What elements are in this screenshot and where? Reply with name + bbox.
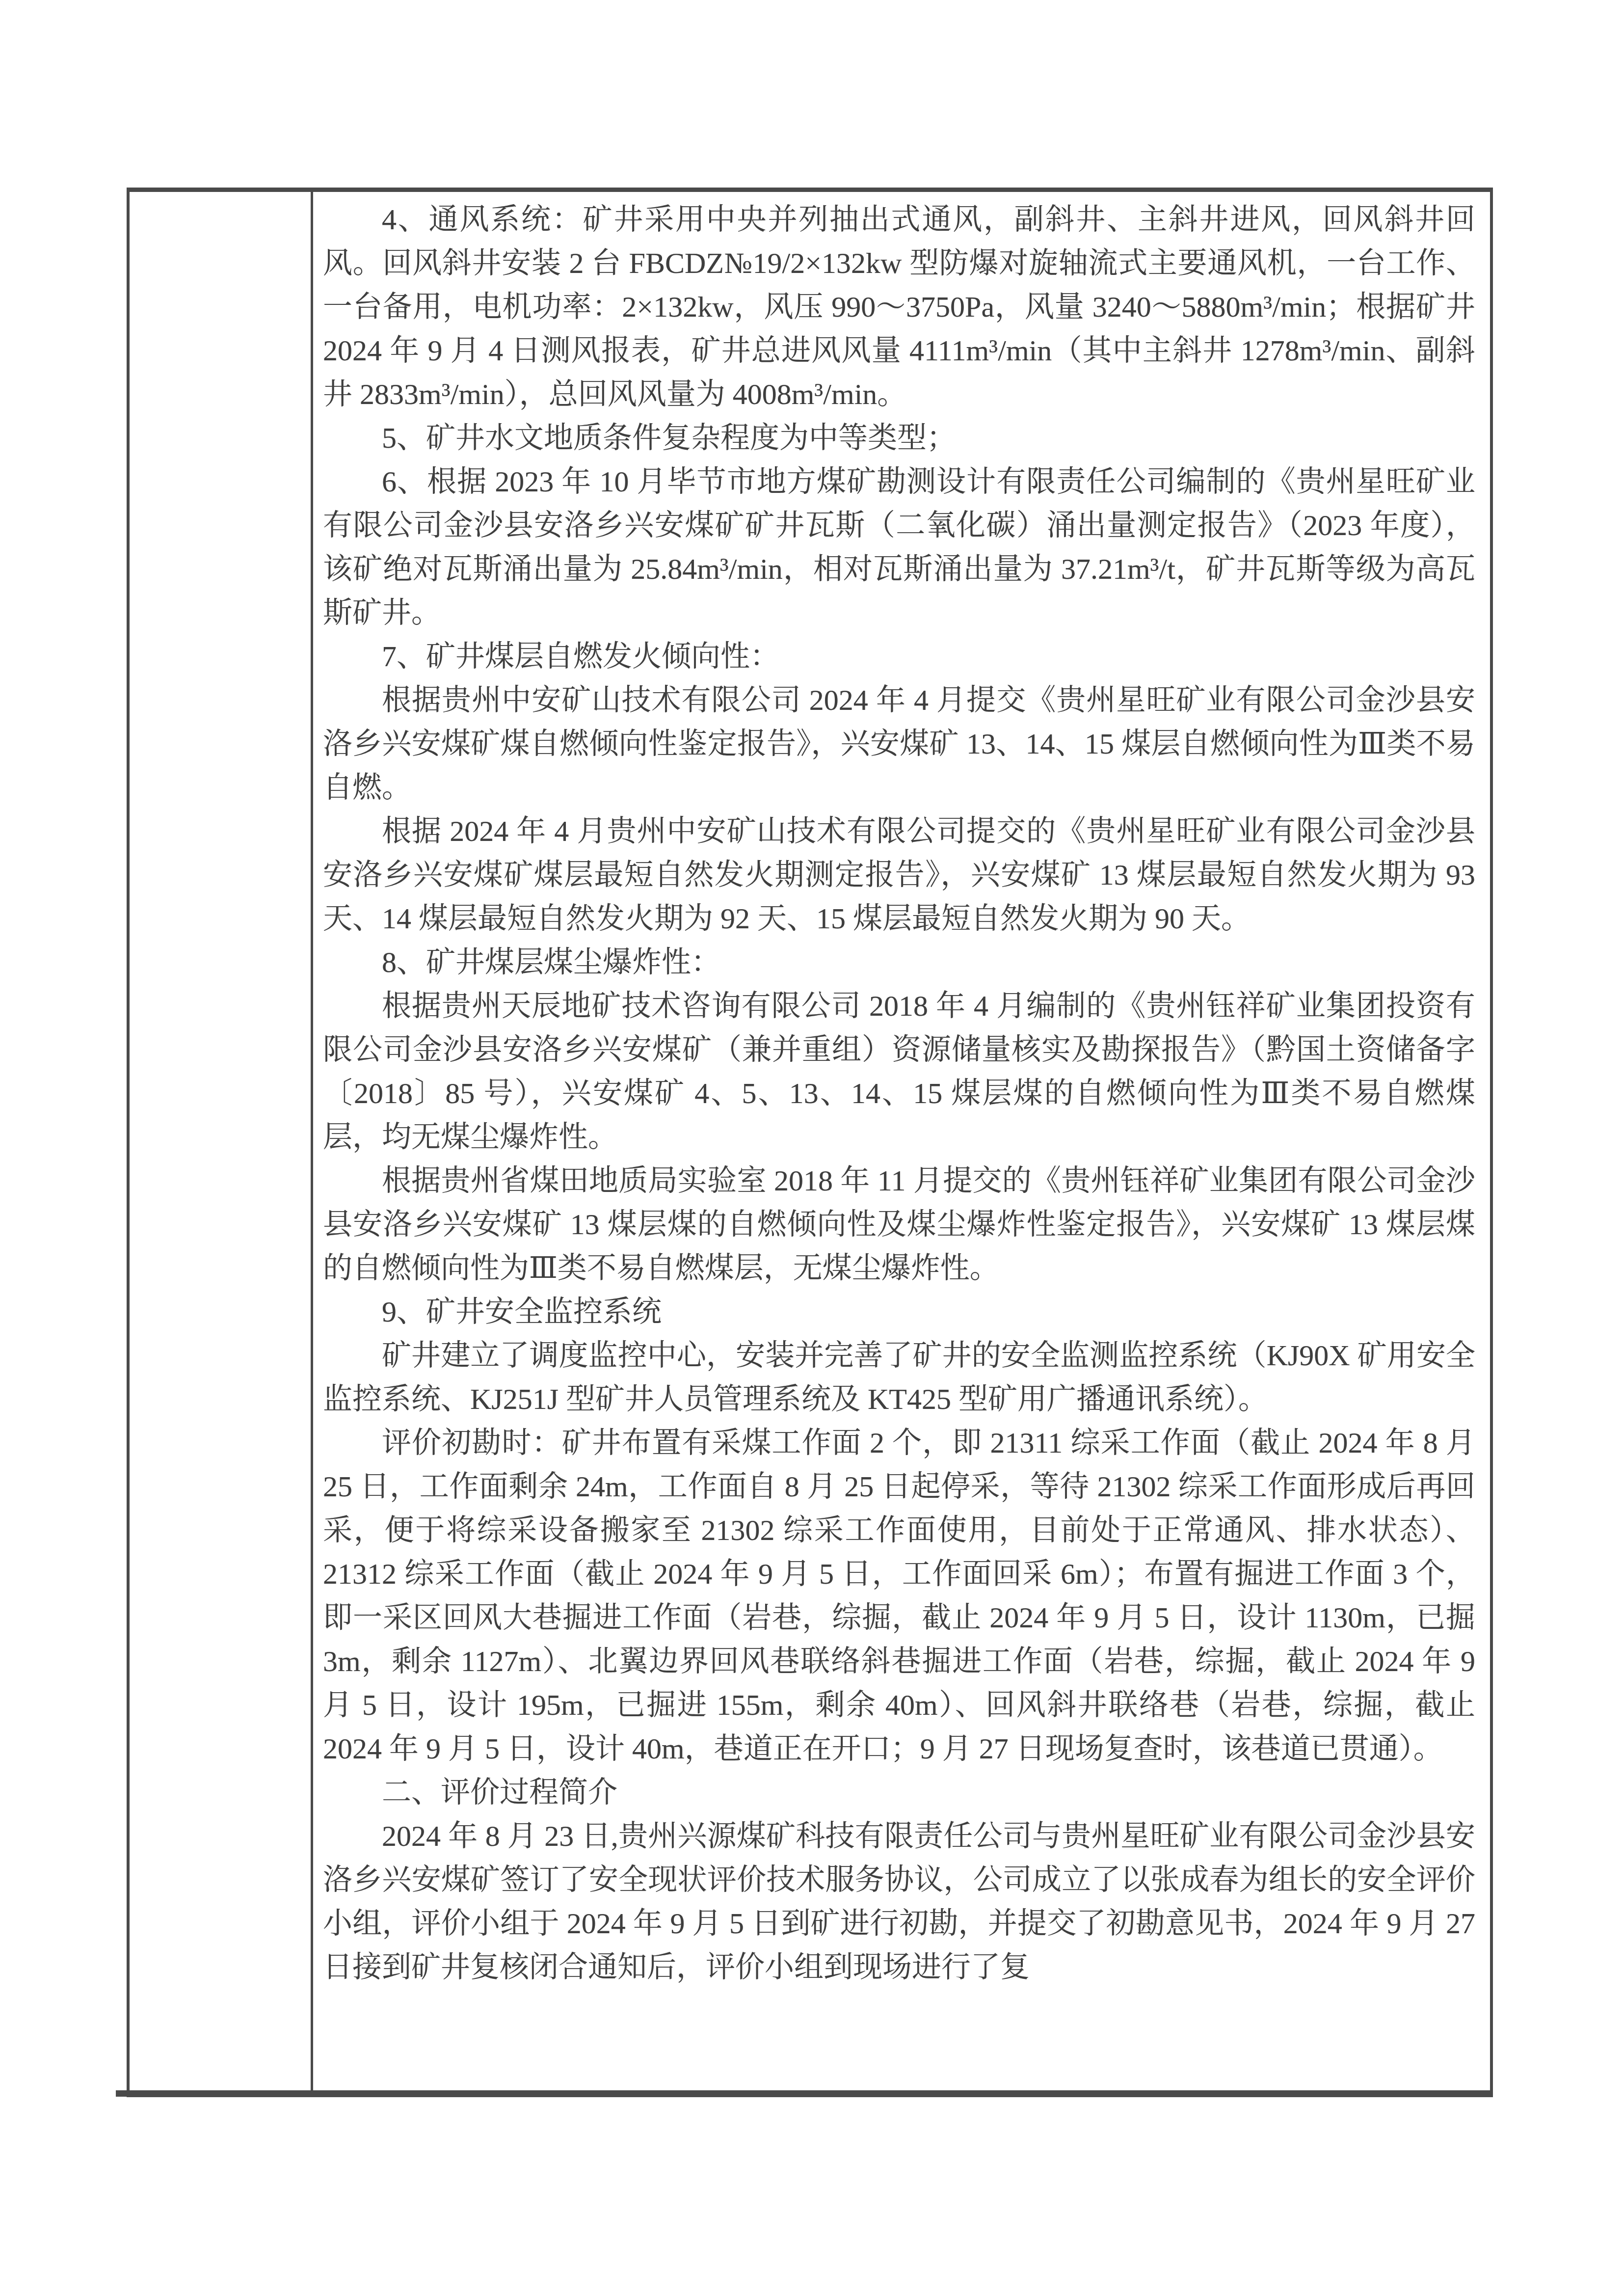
table-content-cell: 4、通风系统：矿井采用中央并列抽出式通风，副斜井、主斜井进风，回风斜井回风。回风… — [313, 192, 1490, 2090]
heading-spontaneous-combustion: 7、矿井煤层自燃发火倾向性： — [323, 635, 1475, 678]
report-table: 4、通风系统：矿井采用中央并列抽出式通风，副斜井、主斜井进风，回风斜井回风。回风… — [127, 188, 1493, 2097]
heading-evaluation-process: 二、评价过程简介 — [323, 1771, 1475, 1814]
para-dust-report-2018: 根据贵州天辰地矿技术咨询有限公司 2018 年 4 月编制的《贵州钰祥矿业集团投… — [323, 984, 1475, 1159]
para-shortest-ignition-period: 根据 2024 年 4 月贵州中安矿山技术有限公司提交的《贵州星旺矿业有限公司金… — [323, 810, 1475, 941]
para-working-faces-status: 评价初勘时：矿井布置有采煤工作面 2 个，即 21311 综采工作面（截止 20… — [323, 1421, 1475, 1771]
table-left-cell — [130, 192, 313, 2090]
para-combustion-tendency: 根据贵州中安矿山技术有限公司 2024 年 4 月提交《贵州星旺矿业有限公司金沙… — [323, 678, 1475, 810]
heading-safety-monitoring: 9、矿井安全监控系统 — [323, 1290, 1475, 1334]
scanned-report-page: 4、通风系统：矿井采用中央并列抽出式通风，副斜井、主斜井进风，回风斜井回风。回风… — [0, 0, 1623, 2296]
para-dust-lab-report-2018: 根据贵州省煤田地质局实验室 2018 年 11 月提交的《贵州钰祥矿业集团有限公… — [323, 1159, 1475, 1290]
para-hydrogeology-complexity: 5、矿井水文地质条件复杂程度为中等类型； — [323, 416, 1475, 460]
para-monitoring-systems: 矿井建立了调度监控中心，安装并完善了矿井的安全监测监控系统（KJ90X 矿用安全… — [323, 1334, 1475, 1421]
bottom-rule-scan-artifact — [116, 2090, 135, 2097]
para-gas-emission-report: 6、根据 2023 年 10 月毕节市地方煤矿勘测设计有限责任公司编制的《贵州星… — [323, 460, 1475, 635]
para-evaluation-agreement: 2024 年 8 月 23 日,贵州兴源煤矿科技有限责任公司与贵州星旺矿业有限公… — [323, 1814, 1475, 1989]
para-ventilation-system: 4、通风系统：矿井采用中央并列抽出式通风，副斜井、主斜井进风，回风斜井回风。回风… — [323, 198, 1475, 416]
heading-coal-dust-explosive: 8、矿井煤层煤尘爆炸性： — [323, 941, 1475, 984]
